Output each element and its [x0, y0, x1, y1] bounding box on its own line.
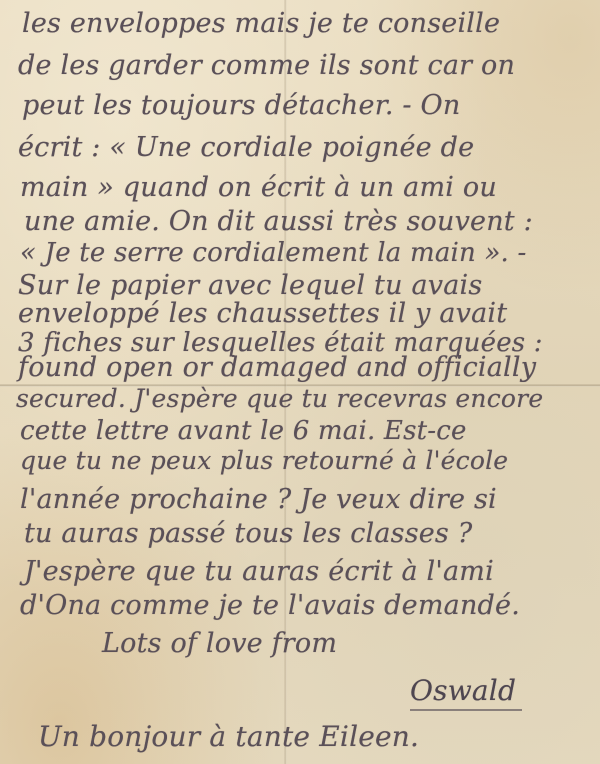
letter-line: que tu ne peux plus retourné à l'école: [20, 446, 508, 475]
letter-signature: Oswald: [410, 674, 522, 711]
letter-line: écrit : « Une cordiale poignée de: [18, 132, 474, 163]
letter-line: une amie. On dit aussi très souvent :: [24, 206, 533, 237]
letter-line: peut les toujours détacher. - On: [22, 90, 460, 121]
letter-line: d'Ona comme je te l'avais demandé.: [20, 590, 520, 621]
letter-line: « Je te serre cordialement la main ». -: [20, 238, 526, 268]
letter-line: J'espère que tu auras écrit à l'ami: [24, 556, 494, 587]
letter-closing: Lots of love from: [102, 628, 337, 659]
letter-line: secured. J'espère que tu recevras encore: [16, 384, 543, 413]
letter-line: Sur le papier avec lequel tu avais: [18, 270, 482, 301]
letter-line: found open or damaged and officially: [18, 352, 536, 383]
letter-line: tu auras passé tous les classes ?: [24, 518, 472, 549]
letter-line: enveloppé les chaussettes il y avait: [18, 298, 507, 329]
letter-line: les enveloppes mais je te conseille: [22, 8, 500, 39]
letter-page: les enveloppes mais je te conseille de l…: [0, 0, 600, 764]
letter-line: de les garder comme ils sont car on: [18, 50, 515, 81]
letter-postscript: Un bonjour à tante Eileen.: [38, 720, 419, 753]
letter-line: main » quand on écrit à un ami ou: [20, 172, 497, 203]
letter-line: l'année prochaine ? Je veux dire si: [20, 484, 497, 515]
letter-line: cette lettre avant le 6 mai. Est-ce: [20, 416, 467, 446]
